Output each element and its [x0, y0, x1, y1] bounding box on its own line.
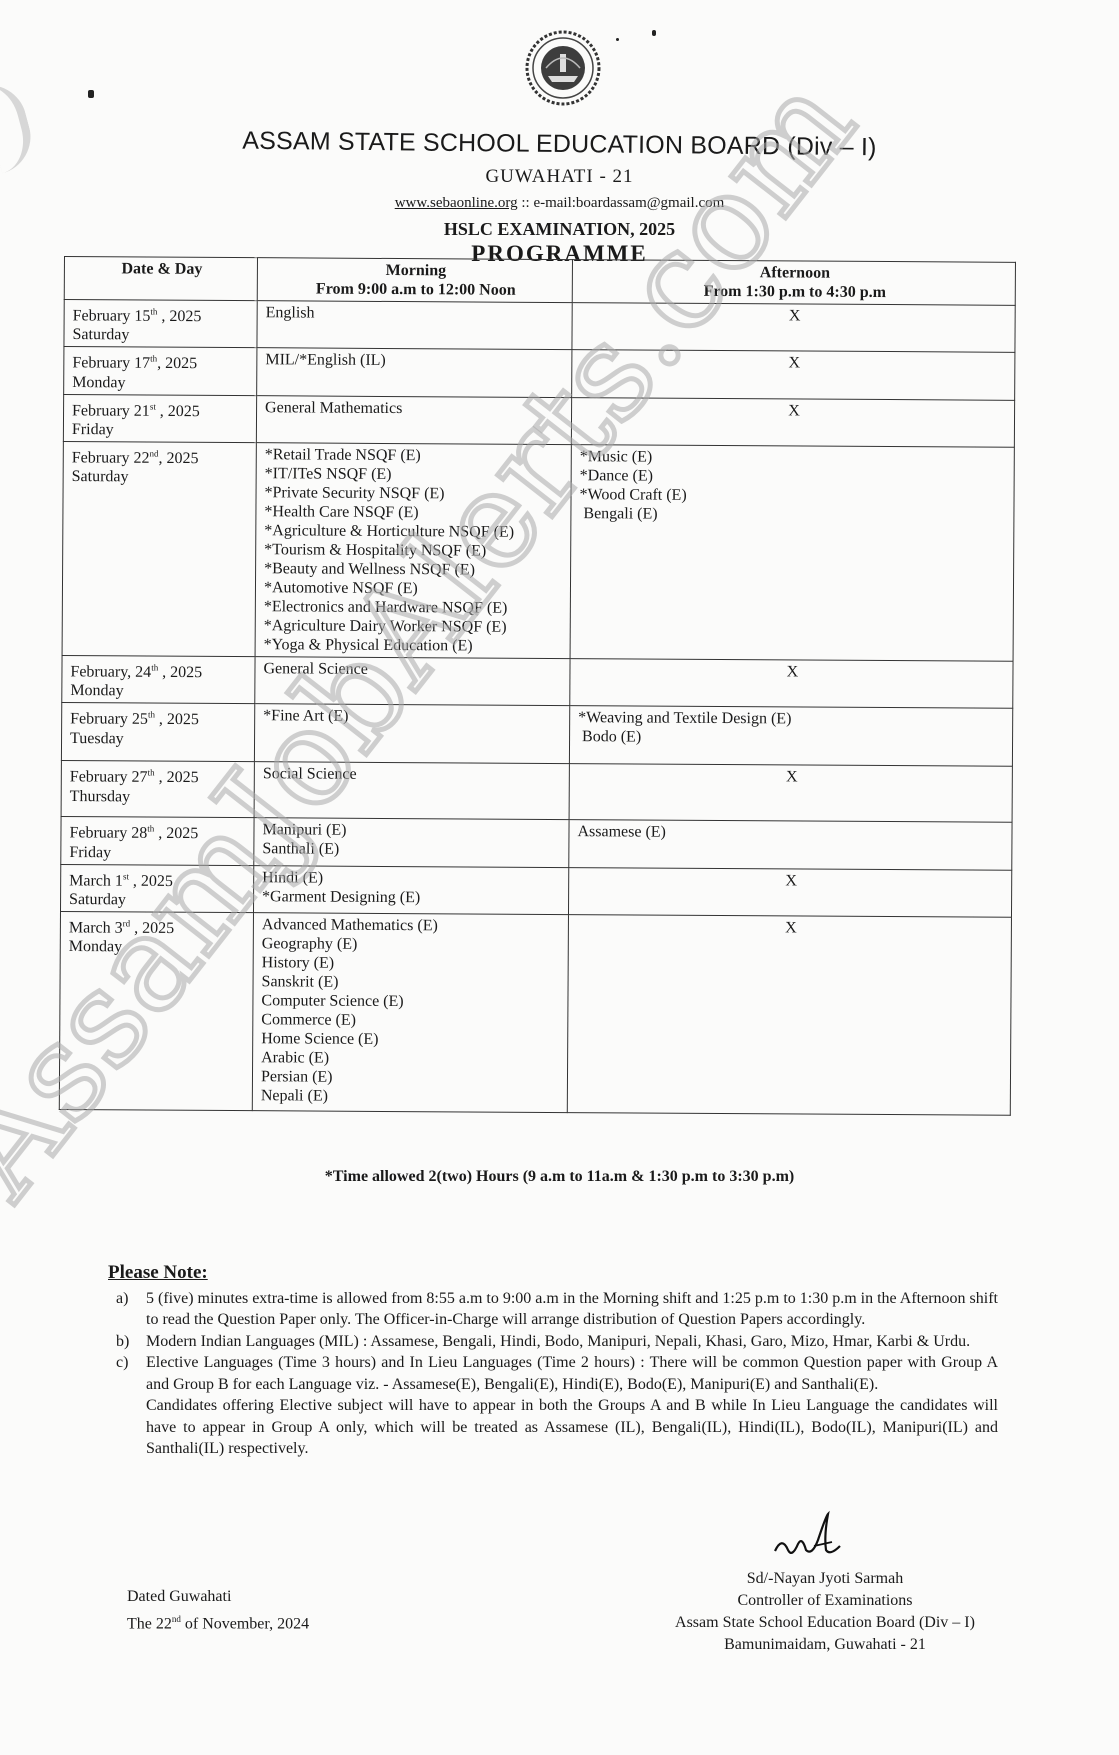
- subject-item: Social Science: [263, 765, 563, 786]
- board-name: ASSAM STATE SCHOOL EDUCATION BOARD (Div …: [0, 124, 1119, 165]
- no-exam-mark: X: [578, 661, 1006, 683]
- subject-item: Nepali (E): [261, 1086, 561, 1107]
- afternoon-cell: X: [571, 397, 1014, 447]
- website-link[interactable]: www.sebaonline.org: [395, 195, 518, 211]
- afternoon-time: From 1:30 p.m to 4:30 p.m: [581, 281, 1009, 303]
- morning-cell: Social Science: [254, 762, 569, 820]
- table-row: March 3rd , 2025MondayAdvanced Mathemati…: [59, 911, 1011, 1115]
- subject-item: History (E): [262, 953, 562, 974]
- scan-speck: [88, 90, 94, 98]
- date-cell: February 22nd, 2025Saturday: [62, 441, 256, 656]
- date-text: February 15th , 2025: [73, 302, 251, 326]
- afternoon-cell: X: [569, 764, 1012, 823]
- no-exam-mark: X: [580, 352, 1008, 374]
- date-cell: February, 24th , 2025Monday: [62, 655, 255, 704]
- afternoon-cell: *Music (E)*Dance (E)*Wood Craft (E) Beng…: [570, 445, 1014, 662]
- scan-speck: [616, 38, 619, 41]
- date-text: February 21st , 2025: [72, 397, 250, 421]
- no-exam-mark: X: [581, 305, 1009, 327]
- dated-place: Dated Guwahati: [127, 1586, 309, 1608]
- note-item: c) Elective Languages (Time 3 hours) and…: [108, 1352, 998, 1395]
- morning-cell: Advanced Mathematics (E)Geography (E)His…: [252, 913, 568, 1113]
- note-text: 5 (five) minutes extra-time is allowed f…: [146, 1288, 998, 1331]
- note-extra-text: Candidates offering Elective subject wil…: [108, 1395, 998, 1460]
- subject-item: *Garment Designing (E): [262, 887, 562, 908]
- day-text: Thursday: [70, 787, 248, 807]
- date-text: February 27th , 2025: [70, 763, 248, 787]
- date-cell: March 3rd , 2025Monday: [59, 911, 253, 1110]
- column-header-morning: Morning From 9:00 a.m to 12:00 Noon: [257, 258, 572, 303]
- subject-item: General Science: [263, 659, 563, 680]
- date-cell: February 15th , 2025Saturday: [64, 300, 257, 349]
- afternoon-cell: X: [570, 659, 1013, 709]
- subject-item: Home Science (E): [261, 1029, 561, 1050]
- date-text: March 1st , 2025: [69, 867, 247, 891]
- date-text: February 17th, 2025: [72, 349, 250, 373]
- subject-item: Santhali (E): [262, 840, 562, 861]
- subject-item: *Dance (E): [580, 466, 1008, 488]
- subject-item: *Wood Craft (E): [579, 485, 1007, 507]
- board-city: GUWAHATI - 21: [0, 166, 1119, 188]
- day-text: Monday: [72, 373, 250, 393]
- table-row: February 25th , 2025Tuesday*Fine Art (E)…: [61, 703, 1012, 767]
- afternoon-cell: Assamese (E): [569, 820, 1012, 870]
- subject-item: *Tourism & Hospitality NSQF (E): [264, 540, 564, 561]
- morning-cell: Manipuri (E)Santhali (E): [254, 818, 569, 867]
- subject-item: *Private Security NSQF (E): [264, 483, 564, 504]
- subject-item: MIL/*English (IL): [265, 351, 565, 372]
- date-day: The 22: [127, 1615, 172, 1632]
- morning-cell: *Fine Art (E): [254, 704, 569, 764]
- note-label: a): [108, 1288, 146, 1331]
- subject-item: Advanced Mathematics (E): [262, 915, 562, 936]
- note-label: c): [108, 1352, 146, 1395]
- date-suffix: nd: [172, 1614, 181, 1624]
- date-rest: of November, 2024: [181, 1615, 309, 1632]
- no-exam-mark: X: [580, 400, 1008, 422]
- day-text: Saturday: [72, 467, 250, 487]
- subject-item: *Health Care NSQF (E): [264, 502, 564, 523]
- subject-item: Assamese (E): [577, 822, 1005, 844]
- morning-time: From 9:00 a.m to 12:00 Noon: [266, 279, 566, 300]
- day-text: Friday: [69, 843, 247, 863]
- date-cell: March 1st , 2025Saturday: [60, 864, 253, 913]
- day-text: Monday: [69, 937, 247, 957]
- scan-speck: [652, 30, 656, 36]
- note-text: Modern Indian Languages (MIL) : Assamese…: [146, 1331, 998, 1353]
- no-exam-mark: X: [577, 917, 1005, 939]
- date-cell: February 21st , 2025Friday: [63, 394, 256, 443]
- afternoon-cell: X: [572, 303, 1015, 353]
- morning-cell: Hindi (E)*Garment Designing (E): [253, 865, 568, 914]
- subject-item: Bodo (E): [578, 727, 1006, 749]
- email-text: e-mail:boardassam@gmail.com: [533, 195, 724, 211]
- signatory-name: Sd/-Nayan Jyoti Sarmah: [630, 1568, 1020, 1590]
- subject-item: *Agriculture Dairy Worker NSQF (E): [264, 616, 564, 637]
- subject-item: *Retail Trade NSQF (E): [265, 445, 565, 466]
- date-cell: February 17th, 2025Monday: [64, 347, 257, 396]
- signatory-address: Bamunimaidam, Guwahati - 21: [630, 1634, 1020, 1656]
- subject-item: Sanskrit (E): [262, 972, 562, 993]
- date-text: February, 24th , 2025: [70, 658, 248, 682]
- signatory-designation: Controller of Examinations: [630, 1590, 1020, 1612]
- subject-item: English: [266, 303, 566, 324]
- subject-item: Persian (E): [261, 1067, 561, 1088]
- morning-cell: General Mathematics: [256, 395, 571, 444]
- afternoon-cell: X: [572, 350, 1015, 400]
- signature-icon: [770, 1506, 860, 1566]
- time-allowed-note: *Time allowed 2(two) Hours (9 a.m to 11a…: [0, 1168, 1119, 1186]
- column-header-date: Date & Day: [64, 257, 257, 301]
- note-item: a) 5 (five) minutes extra-time is allowe…: [108, 1288, 998, 1331]
- subject-item: *Yoga & Physical Education (E): [264, 635, 564, 656]
- morning-cell: General Science: [255, 657, 570, 706]
- subject-item: Hindi (E): [262, 868, 562, 889]
- note-label: b): [108, 1331, 146, 1353]
- subject-item: Commerce (E): [261, 1010, 561, 1031]
- dated-block: Dated Guwahati The 22nd of November, 202…: [127, 1586, 309, 1635]
- morning-cell: *Retail Trade NSQF (E)*IT/ITeS NSQF (E)*…: [255, 443, 571, 659]
- notes-title: Please Note:: [108, 1262, 998, 1284]
- subject-item: *Electronics and Hardware NSQF (E): [264, 597, 564, 618]
- day-text: Tuesday: [70, 729, 248, 749]
- date-cell: February 27th , 2025Thursday: [61, 761, 254, 818]
- table-row: February 27th , 2025ThursdaySocial Scien…: [61, 761, 1012, 823]
- date-text: February 25th , 2025: [70, 705, 248, 729]
- table-row: March 1st , 2025SaturdayHindi (E)*Garmen…: [60, 864, 1011, 917]
- signatory-organisation: Assam State School Education Board (Div …: [630, 1612, 1020, 1634]
- afternoon-cell: *Weaving and Textile Design (E) Bodo (E): [569, 706, 1012, 767]
- day-text: Monday: [70, 681, 248, 701]
- afternoon-cell: X: [567, 915, 1011, 1116]
- table-header-row: Date & Day Morning From 9:00 a.m to 12:0…: [64, 257, 1015, 306]
- note-item: b) Modern Indian Languages (MIL) : Assam…: [108, 1331, 998, 1353]
- morning-cell: English: [257, 301, 572, 350]
- subject-item: *Agriculture & Horticulture NSQF (E): [264, 521, 564, 542]
- exam-schedule-table: Date & Day Morning From 9:00 a.m to 12:0…: [59, 256, 1016, 1116]
- subject-item: *IT/ITeS NSQF (E): [265, 464, 565, 485]
- signatory-block: Sd/-Nayan Jyoti Sarmah Controller of Exa…: [630, 1568, 1020, 1656]
- subject-item: *Fine Art (E): [263, 707, 563, 728]
- subject-item: Computer Science (E): [261, 991, 561, 1012]
- contact-separator: ::: [518, 195, 534, 211]
- dated-date: The 22nd of November, 2024: [127, 1608, 309, 1635]
- subject-item: Bengali (E): [579, 504, 1007, 526]
- date-text: March 3rd , 2025: [69, 914, 247, 938]
- table-row: February 17th, 2025MondayMIL/*English (I…: [64, 347, 1015, 400]
- column-header-afternoon: Afternoon From 1:30 p.m to 4:30 p.m: [572, 260, 1015, 306]
- table-row: February 22nd, 2025Saturday*Retail Trade…: [62, 441, 1014, 661]
- subject-item: *Beauty and Wellness NSQF (E): [264, 559, 564, 580]
- schedule-body: February 15th , 2025SaturdayEnglishXFebr…: [59, 300, 1015, 1116]
- day-text: Saturday: [72, 325, 250, 345]
- exam-title: HSLC EXAMINATION, 2025: [0, 219, 1119, 240]
- subject-item: Arabic (E): [261, 1048, 561, 1069]
- table-row: February 15th , 2025SaturdayEnglishX: [64, 300, 1015, 353]
- notes-section: Please Note: a) 5 (five) minutes extra-t…: [108, 1262, 998, 1460]
- date-cell: February 25th , 2025Tuesday: [61, 703, 254, 762]
- day-text: Saturday: [69, 890, 247, 910]
- subject-item: *Music (E): [580, 447, 1008, 469]
- morning-cell: MIL/*English (IL): [257, 348, 572, 397]
- date-cell: February 28th , 2025Friday: [61, 817, 254, 866]
- no-exam-mark: X: [577, 870, 1005, 892]
- board-emblem-icon: [518, 28, 608, 108]
- table-row: February, 24th , 2025MondayGeneral Scien…: [62, 655, 1013, 708]
- contact-line: www.sebaonline.org :: e-mail:boardassam@…: [0, 195, 1119, 212]
- afternoon-cell: X: [568, 867, 1011, 917]
- no-exam-mark: X: [578, 766, 1006, 788]
- document-page: ASSAM STATE SCHOOL EDUCATION BOARD (Div …: [0, 0, 1119, 1755]
- morning-title: Morning: [266, 260, 566, 281]
- day-text: Friday: [72, 420, 250, 440]
- date-text: February 22nd, 2025: [72, 444, 250, 468]
- subject-item: *Weaving and Textile Design (E): [578, 708, 1006, 730]
- subject-item: Geography (E): [262, 934, 562, 955]
- note-text: Elective Languages (Time 3 hours) and In…: [146, 1352, 998, 1395]
- subject-item: *Automotive NSQF (E): [264, 578, 564, 599]
- date-text: February 28th , 2025: [69, 819, 247, 843]
- subject-item: General Mathematics: [265, 398, 565, 419]
- subject-item: Manipuri (E): [262, 821, 562, 842]
- table-row: February 28th , 2025FridayManipuri (E)Sa…: [61, 817, 1012, 870]
- afternoon-title: Afternoon: [581, 262, 1009, 284]
- table-row: February 21st , 2025FridayGeneral Mathem…: [63, 394, 1014, 447]
